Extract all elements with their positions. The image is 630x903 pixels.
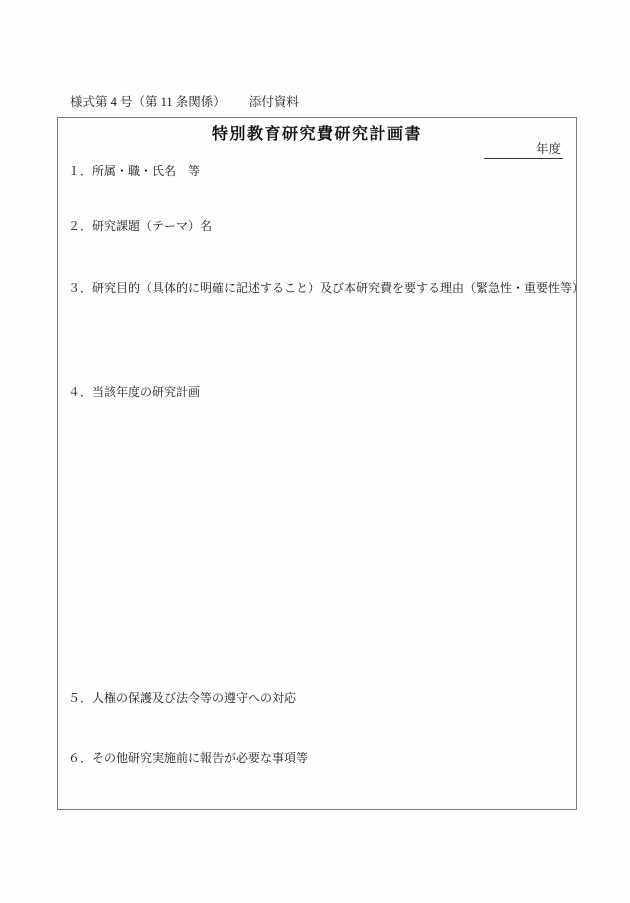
fiscal-year-blank-field: 年度 — [484, 142, 563, 159]
form-item-affiliation-name: １．所属・職・氏名 等 — [68, 164, 572, 179]
page-title: 特別教育研究費研究計画書 — [58, 121, 576, 144]
fiscal-year-label: 年度 — [536, 142, 561, 156]
fiscal-year-row: 年度 — [484, 142, 563, 159]
form-outline-box: 特別教育研究費研究計画書 年度 １．所属・職・氏名 等 ２．研究課題（テーマ）名… — [57, 117, 577, 810]
form-item-human-rights-compliance: ５．人権の保護及び法令等の遵守への対応 — [68, 691, 572, 706]
form-number-label: 様式第 4 号（第 11 条関係） — [70, 95, 226, 109]
form-item-other-pre-report-matters: ６．その他研究実施前に報告が必要な事項等 — [68, 751, 572, 766]
form-item-research-plan: ４．当該年度の研究計画 — [68, 385, 572, 400]
document-header: 様式第 4 号（第 11 条関係） 添付資料 — [70, 95, 299, 110]
attachment-label: 添付資料 — [249, 95, 299, 109]
document-page: 様式第 4 号（第 11 条関係） 添付資料 特別教育研究費研究計画書 年度 １… — [0, 0, 630, 903]
form-item-research-purpose: ３．研究目的（具体的に明確に記述すること）及び本研究費を要する理由（緊急性・重要… — [68, 281, 572, 296]
form-item-research-theme: ２．研究課題（テーマ）名 — [68, 219, 572, 234]
